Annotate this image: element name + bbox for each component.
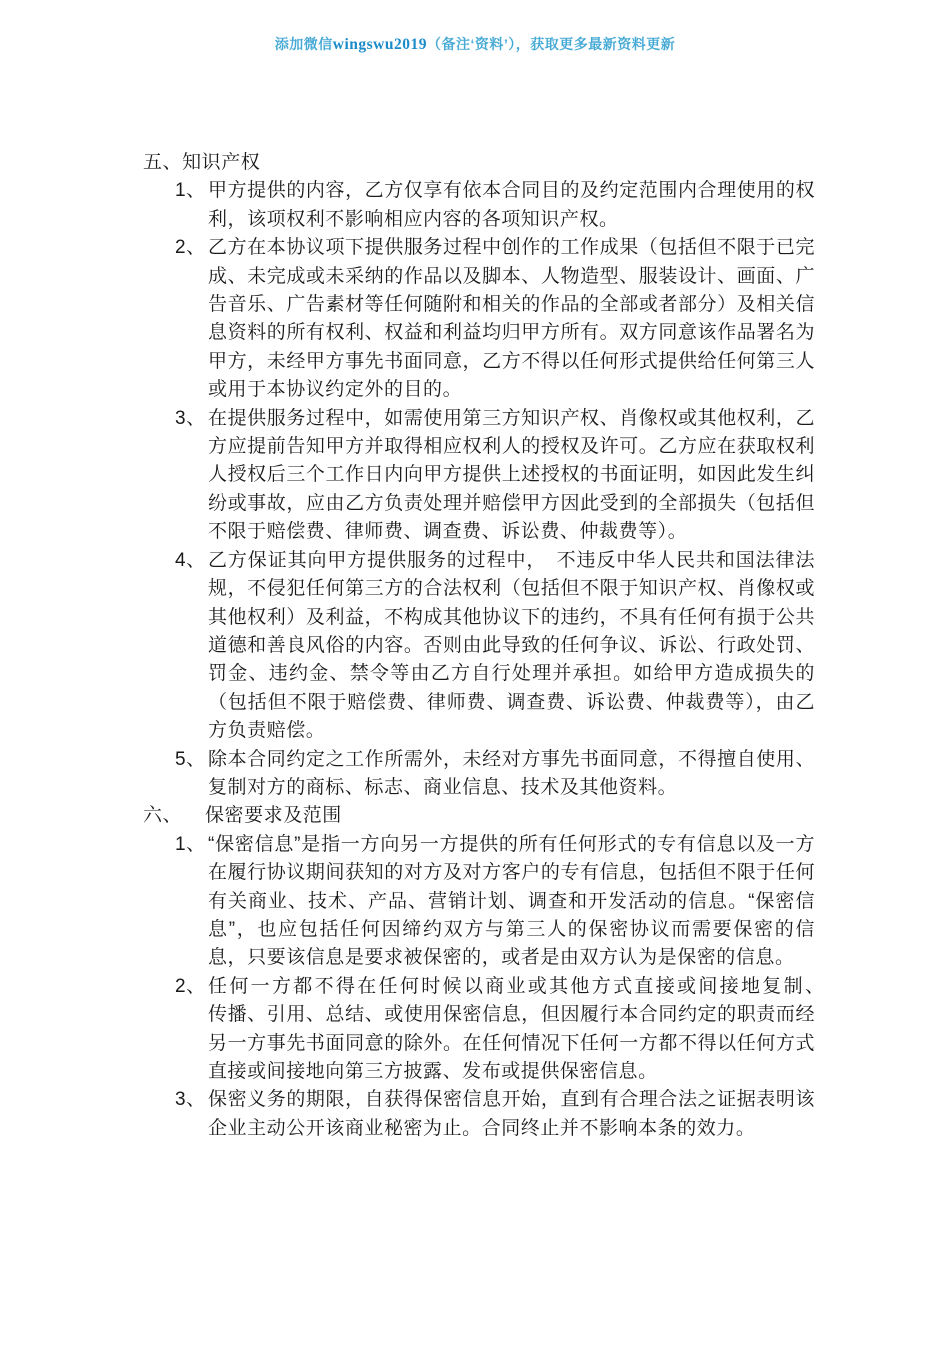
section-number: 六、 (143, 802, 205, 830)
contract-body: 五、 知识产权 1、 甲方提供的内容，乙方仅享有依本合同目的及约定范围内合理使用… (143, 149, 815, 1143)
item-text: 乙方保证其向甲方提供服务的过程中， 不违反中华人民共和国法律法规，不侵犯任何第三… (208, 547, 815, 746)
contract-item: 2、 任何一方都不得在任何时候以商业或其他方式直接或间接地复制、 传播、引用、总… (175, 973, 815, 1087)
item-text: 甲方提供的内容，乙方仅享有依本合同目的及约定范围内合理使用的权利，该项权利不影响… (208, 177, 815, 234)
item-number: 2、 (175, 234, 208, 262)
item-text: 任何一方都不得在任何时候以商业或其他方式直接或间接地复制、 传播、引用、总结、或… (208, 973, 815, 1087)
section-heading: 六、 保密要求及范围 (143, 802, 815, 830)
item-number: 4、 (175, 547, 208, 575)
notice-suffix: （备注‘资料’），获取更多最新资料更新 (427, 36, 675, 52)
item-number: 5、 (175, 746, 208, 774)
item-text: 除本合同约定之工作所需外，未经对方事先书面同意，不得擅自使用、复制对方的商标、标… (208, 746, 815, 803)
contract-item: 1、 甲方提供的内容，乙方仅享有依本合同目的及约定范围内合理使用的权利，该项权利… (175, 177, 815, 234)
item-text: 保密义务的期限，自获得保密信息开始，直到有合理合法之证据表明该企业主动公开该商业… (208, 1086, 815, 1143)
contract-item: 3、 在提供服务过程中，如需使用第三方知识产权、肖像权或其他权利，乙方应提前告知… (175, 405, 815, 547)
item-text: 乙方在本协议项下提供服务过程中创作的工作成果（包括但不限于已完成、未完成或未采纳… (208, 234, 815, 404)
item-number: 3、 (175, 1086, 208, 1114)
notice-prefix: 添加微信 (275, 36, 333, 52)
contract-item: 2、 乙方在本协议项下提供服务过程中创作的工作成果（包括但不限于已完成、未完成或… (175, 234, 815, 404)
item-number: 1、 (175, 831, 208, 859)
item-number: 3、 (175, 405, 208, 433)
item-number: 1、 (175, 177, 208, 205)
item-text: “保密信息”是指一方向另一方提供的所有任何形式的专有信息以及一方在履行协议期间获… (208, 831, 815, 973)
section-confidentiality: 六、 保密要求及范围 1、 “保密信息”是指一方向另一方提供的所有任何形式的专有… (143, 802, 815, 1143)
contract-item: 1、 “保密信息”是指一方向另一方提供的所有任何形式的专有信息以及一方在履行协议… (175, 831, 815, 973)
item-text: 在提供服务过程中，如需使用第三方知识产权、肖像权或其他权利，乙方应提前告知甲方并… (208, 405, 815, 547)
contract-item: 5、 除本合同约定之工作所需外，未经对方事先书面同意，不得擅自使用、复制对方的商… (175, 746, 815, 803)
item-number: 2、 (175, 973, 208, 1001)
section-heading: 五、 知识产权 (143, 149, 815, 177)
section-intellectual-property: 五、 知识产权 1、 甲方提供的内容，乙方仅享有依本合同目的及约定范围内合理使用… (143, 149, 815, 802)
wechat-account: wingswu2019 (333, 36, 427, 53)
contract-item: 3、 保密义务的期限，自获得保密信息开始，直到有合理合法之证据表明该企业主动公开… (175, 1086, 815, 1143)
section-title: 知识产权 (182, 149, 260, 177)
contract-item: 4、 乙方保证其向甲方提供服务的过程中， 不违反中华人民共和国法律法规，不侵犯任… (175, 547, 815, 746)
watermark-notice: 添加微信wingswu2019（备注‘资料’），获取更多最新资料更新 (0, 34, 950, 54)
section-number: 五、 (143, 149, 182, 177)
section-title: 保密要求及范围 (205, 802, 342, 830)
